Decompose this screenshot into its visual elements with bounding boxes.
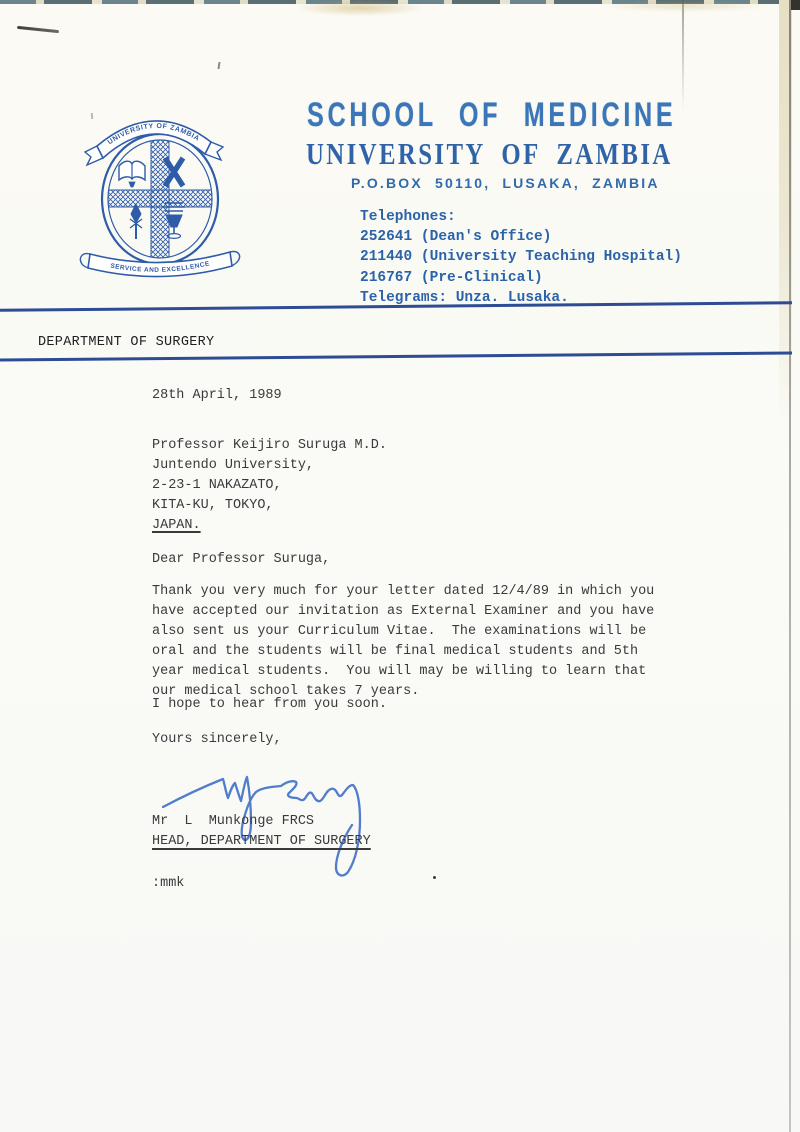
scan-edge-right-line bbox=[789, 0, 791, 1132]
po-box-line: P.O.BOX 50110, LUSAKA, ZAMBIA bbox=[351, 175, 660, 191]
telephones-label: Telephones: bbox=[360, 207, 456, 227]
ink-dot bbox=[433, 876, 436, 879]
scanned-letter-page: UNIVERSITY OF ZAMBIA SERVICE AND EXCELLE… bbox=[0, 0, 800, 1132]
department-title: DEPARTMENT OF SURGERY bbox=[38, 335, 214, 350]
scan-crease-line bbox=[682, 0, 684, 110]
divider-rule-bottom bbox=[0, 352, 792, 362]
pen-dash-mark bbox=[17, 26, 59, 33]
signatory-title: HEAD, DEPARTMENT OF SURGERY bbox=[152, 832, 371, 852]
university-crest-icon: UNIVERSITY OF ZAMBIA SERVICE AND EXCELLE… bbox=[68, 92, 252, 294]
stray-mark bbox=[218, 62, 221, 69]
letter-date: 28th April, 1989 bbox=[152, 386, 282, 406]
paper-stain bbox=[600, 0, 770, 12]
salutation: Dear Professor Suruga, bbox=[152, 550, 330, 570]
university-name: UNIVERSITY OF ZAMBIA bbox=[306, 136, 673, 172]
scan-corner-mark bbox=[791, 0, 800, 10]
body-paragraph: Thank you very much for your letter date… bbox=[152, 582, 677, 702]
typist-reference: :mmk bbox=[152, 874, 184, 894]
telephone-numbers: 252641 (Dean's Office) 211440 (Universit… bbox=[360, 227, 682, 288]
signatory-name: Mr L Munkonge FRCS bbox=[152, 812, 314, 832]
recipient-country: JAPAN. bbox=[152, 516, 201, 536]
recipient-address: Professor Keijiro Suruga M.D. Juntendo U… bbox=[152, 436, 387, 516]
valediction: Yours sincerely, bbox=[152, 730, 282, 750]
closing-line: I hope to hear from you soon. bbox=[152, 695, 387, 715]
paper-stain bbox=[295, 0, 425, 16]
school-name: SCHOOL OF MEDICINE bbox=[307, 96, 676, 135]
